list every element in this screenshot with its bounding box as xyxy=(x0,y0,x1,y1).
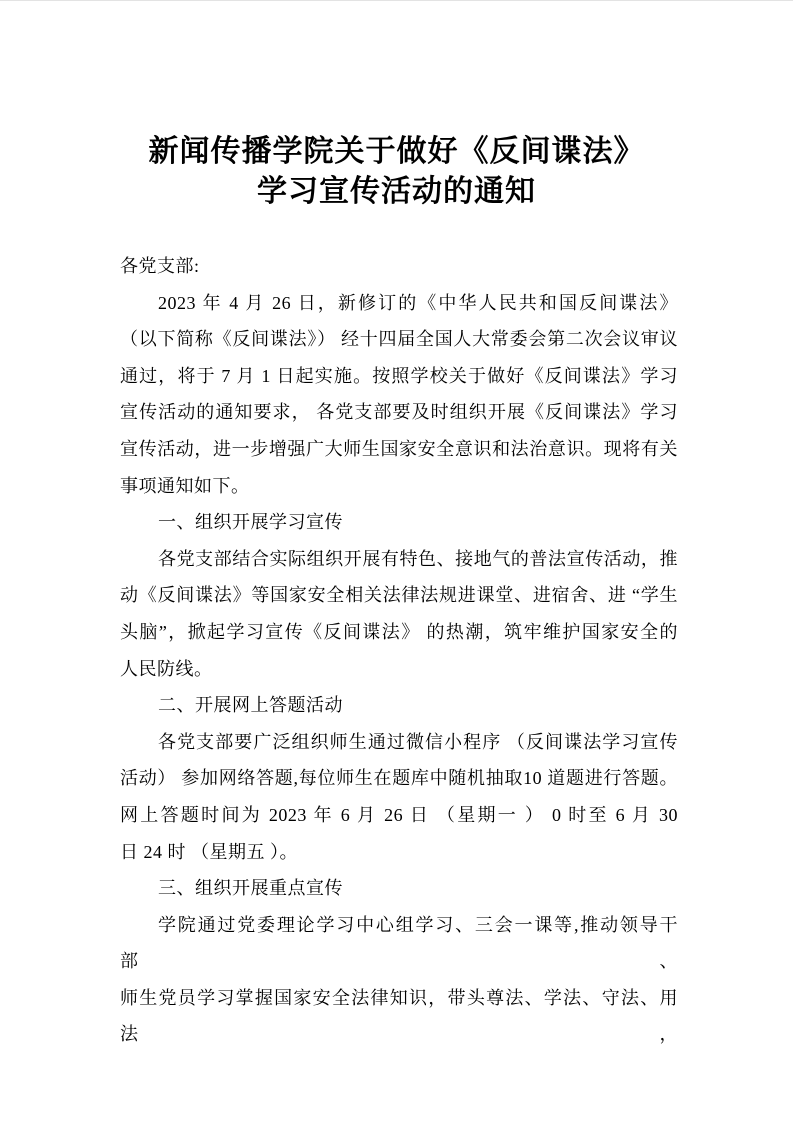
doc-line: 师生党员学习掌握国家安全法律知识，带头尊法、学法、守法、用法， xyxy=(120,980,678,1053)
doc-line: 2023 年 4 月 26 日，新修订的《中华人民共和国反间谍法》 xyxy=(120,285,678,322)
notice-body: 各党支部: 2023 年 4 月 26 日，新修订的《中华人民共和国反间谍法》 … xyxy=(120,248,678,1053)
doc-line: 活动） 参加网络答题,每位师生在题库中随机抽取10 道题进行答题。 xyxy=(120,760,678,797)
doc-line: 动《反间谍法》等国家安全相关法律法规进课堂、进宿舍、进 “学生 xyxy=(120,577,678,614)
notice-title-line-2: 学习宣传活动的通知 xyxy=(0,172,793,212)
doc-line: 各党支部结合实际组织开展有特色、接地气的普法宣传活动，推 xyxy=(120,541,678,578)
doc-heading-2: 二、开展网上答题活动 xyxy=(120,687,678,724)
doc-line: 网上答题时间为 2023 年 6 月 26 日 （星期一 ） 0 时至 6 月 … xyxy=(120,797,678,834)
doc-line: 宣传活动，进一步增强广大师生国家安全意识和法治意识。现将有关 xyxy=(120,431,678,468)
doc-line: 各党支部要广泛组织师生通过微信小程序 （反间谍法学习宣传 xyxy=(120,724,678,761)
doc-line: 日 24 时 （星期五 ）。 xyxy=(120,834,678,871)
doc-line: 通过，将于 7 月 1 日起实施。按照学校关于做好《反间谍法》学习 xyxy=(120,358,678,395)
doc-line: 宣传活动的通知要求， 各党支部要及时组织开展《反间谍法》学习 xyxy=(120,394,678,431)
doc-line: 人民防线。 xyxy=(120,651,678,688)
notice-title-line-1: 新闻传播学院关于做好《反间谍法》 xyxy=(0,132,793,172)
doc-line: （以下简称《反间谍法》） 经十四届全国人大常委会第二次会议审议 xyxy=(120,321,678,358)
doc-line: 事项通知如下。 xyxy=(120,468,678,505)
doc-line: 学院通过党委理论学习中心组学习、三会一课等,推动领导干部、 xyxy=(120,907,678,980)
doc-heading-1: 一、组织开展学习宣传 xyxy=(120,504,678,541)
document-page: 新闻传播学院关于做好《反间谍法》 学习宣传活动的通知 各党支部: 2023 年 … xyxy=(0,0,793,1122)
doc-line-salutation: 各党支部: xyxy=(120,248,678,285)
doc-heading-3: 三、组织开展重点宣传 xyxy=(120,870,678,907)
notice-title: 新闻传播学院关于做好《反间谍法》 学习宣传活动的通知 xyxy=(0,132,793,212)
doc-line: 头脑”，掀起学习宣传《反间谍法》 的热潮，筑牢维护国家安全的 xyxy=(120,614,678,651)
